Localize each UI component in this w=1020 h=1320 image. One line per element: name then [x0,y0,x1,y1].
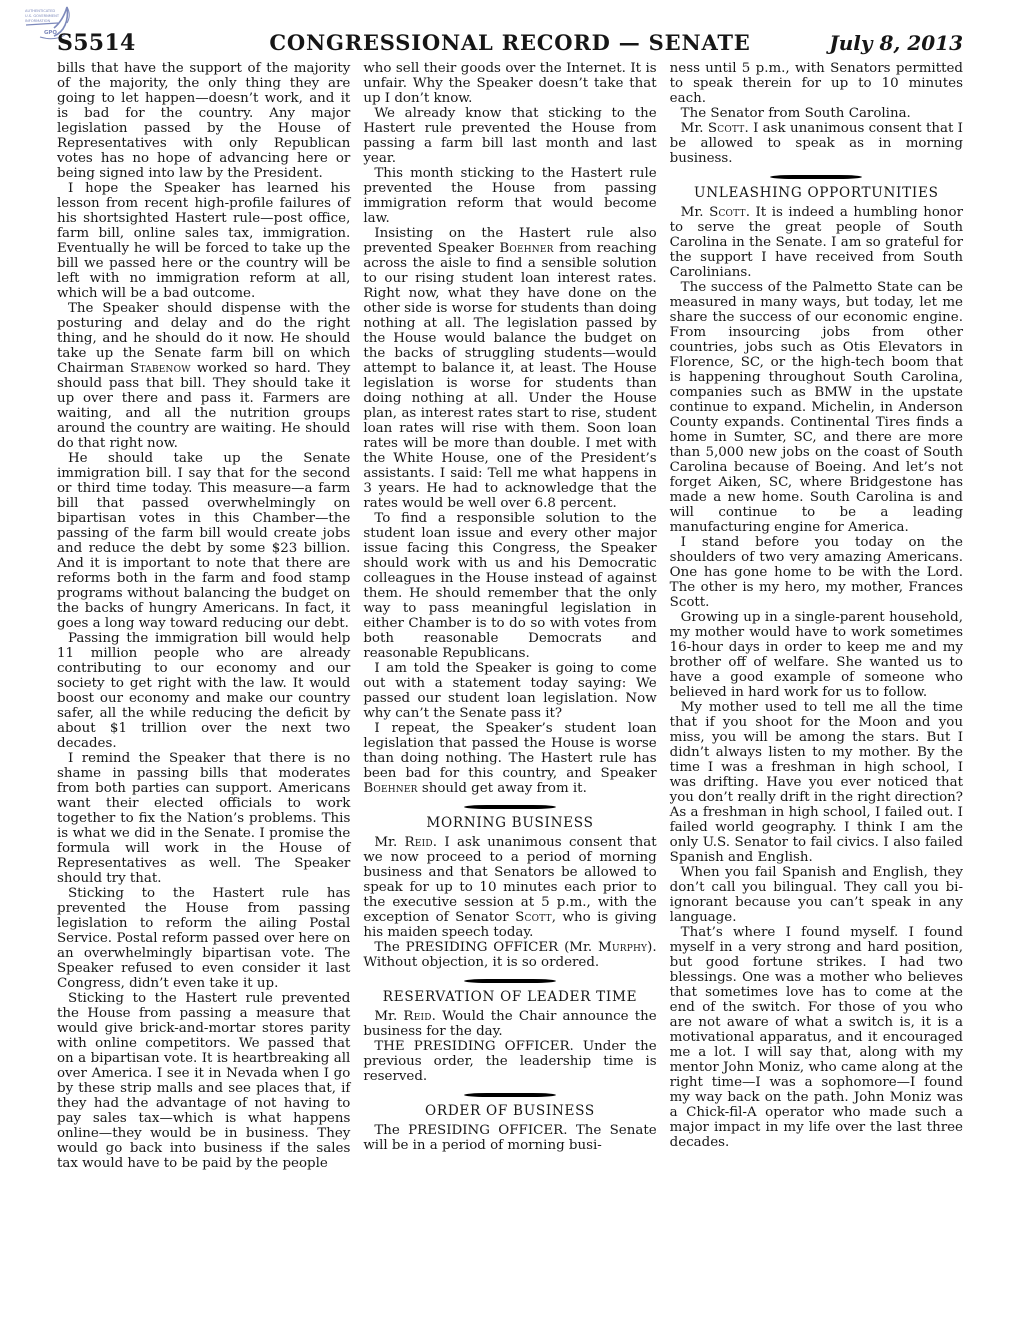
paragraph: Mr. Reid. I ask unanimous consent that w… [363,835,656,940]
speaker-name: Stabenow [130,361,190,376]
logo-text-authenticated: AUTHENTICATED [25,9,55,13]
paragraph: ness until 5 p.m., with Senators permitt… [670,61,963,106]
paragraph: To find a responsible solution to the st… [363,511,656,661]
section-heading: MORNING BUSINESS [363,816,656,831]
issue-date: July 8, 2013 [757,31,963,55]
paragraph: who sell their goods over the Internet. … [363,61,656,106]
paragraph: Sticking to the Hastert rule has prevent… [57,886,350,991]
paragraph: I stand before you today on the shoulder… [670,535,963,610]
paragraph: This month sticking to the Hastert rule … [363,166,656,226]
columns: bills that have the support of the major… [57,61,963,1171]
page-number: S5514 [57,30,263,56]
paragraph: bills that have the support of the major… [57,61,350,181]
speaker-name: Scott [515,910,552,925]
paragraph: I repeat, the Speaker’s student loan leg… [363,721,656,796]
paragraph: Growing up in a single-parent household,… [670,610,963,700]
column-3: ness until 5 p.m., with Senators permitt… [670,61,963,1171]
logo-text-us-government: U.S. GOVERNMENT [25,14,60,18]
speaker-name: Murphy [598,940,647,955]
paragraph: When you fail Spanish and English, they … [670,865,963,925]
paragraph: That’s where I found myself. I found mys… [670,925,963,1150]
paragraph: Passing the immigration bill would help … [57,631,350,751]
paragraph: The Speaker should dispense with the pos… [57,301,350,451]
paragraph: Sticking to the Hastert rule prevented t… [57,991,350,1171]
section-heading: RESERVATION OF LEADER TIME [363,990,656,1005]
speaker-name: Boehner [363,781,417,796]
section-separator-rule [770,175,862,179]
paragraph: The Senator from South Carolina. [670,106,963,121]
speaker-name: Reid [403,1009,431,1024]
section-separator-rule [464,805,556,809]
running-head: S5514 CONGRESSIONAL RECORD — SENATE July… [57,30,963,56]
paragraph: We already know that sticking to the Has… [363,106,656,166]
column-2: who sell their goods over the Internet. … [363,61,656,1171]
congressional-record-page: AUTHENTICATED U.S. GOVERNMENT INFORMATIO… [0,0,1020,1320]
logo-text-information: INFORMATION [25,19,51,23]
section-heading: UNLEASHING OPPORTUNITIES [670,186,963,201]
paragraph: I am told the Speaker is going to come o… [363,661,656,721]
section-separator-rule [464,1093,556,1097]
paragraph: My mother used to tell me all the time t… [670,700,963,865]
paragraph: The PRESIDING OFFICER (Mr. Murphy). With… [363,940,656,970]
paragraph: I hope the Speaker has learned his lesso… [57,181,350,301]
paragraph: The success of the Palmetto State can be… [670,280,963,535]
speaker-name: Boehner [499,241,553,256]
paragraph: Insisting on the Hastert rule also preve… [363,226,656,511]
paragraph: He should take up the Senate immigration… [57,451,350,631]
speaker-name: Reid [405,835,433,850]
paragraph: The PRESIDING OFFICER. The Senate will b… [363,1123,656,1153]
section-heading: ORDER OF BUSINESS [363,1104,656,1119]
paragraph: Mr. Scott. It is indeed a humbling honor… [670,205,963,280]
section-separator-rule [464,979,556,983]
publication-title: CONGRESSIONAL RECORD — SENATE [263,30,757,55]
speaker-name: Scott [709,205,746,220]
speaker-name: Scott [708,121,745,136]
column-1: bills that have the support of the major… [57,61,350,1171]
paragraph: Mr. Scott. I ask unanimous consent that … [670,121,963,166]
paragraph: Mr. Reid. Would the Chair announce the b… [363,1009,656,1039]
paragraph: THE PRESIDING OFFICER. Under the previou… [363,1039,656,1084]
paragraph: I remind the Speaker that there is no sh… [57,751,350,886]
